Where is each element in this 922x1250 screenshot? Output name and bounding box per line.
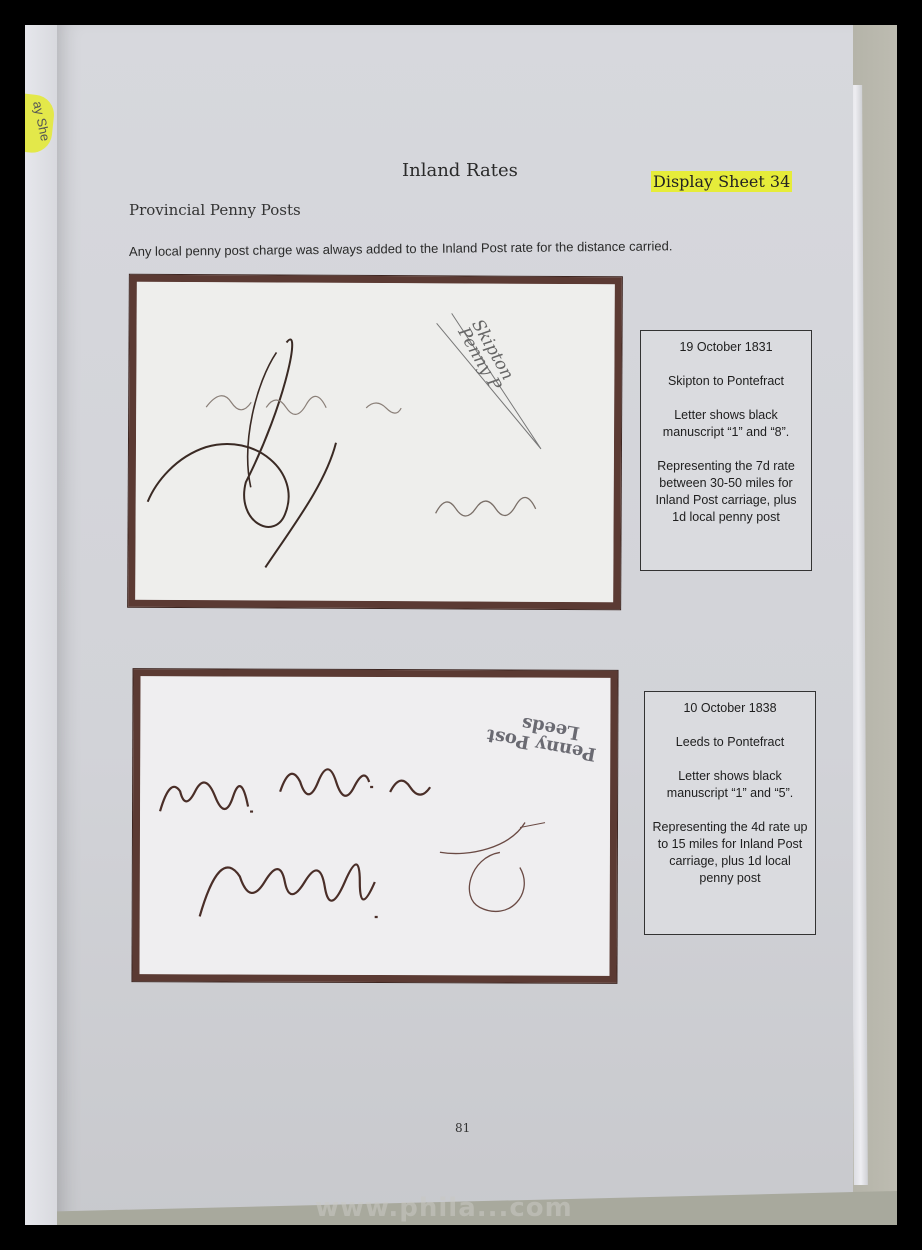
note-date: 19 October 1831 bbox=[647, 339, 805, 356]
left-page-tab-text: ay She bbox=[30, 100, 53, 143]
intro-text: Any local penny post charge was always a… bbox=[129, 238, 673, 259]
page-title: Inland Rates bbox=[402, 160, 518, 181]
note-explanation: Representing the 7d rate between 30-50 m… bbox=[647, 458, 805, 526]
book-photo: ay She Inland Rates Display Sheet 34 Pro… bbox=[25, 25, 897, 1225]
note-route: Skipton to Pontefract bbox=[647, 373, 805, 390]
page-number: 81 bbox=[455, 1121, 470, 1135]
note-date: 10 October 1838 bbox=[651, 700, 809, 717]
left-page-edge: ay She bbox=[25, 25, 57, 1225]
left-page-highlight-tab: ay She bbox=[25, 93, 56, 154]
description-box-1838: 10 October 1838 Leeds to Pontefract Lett… bbox=[644, 691, 816, 935]
description-box-1831: 19 October 1831 Skipton to Pontefract Le… bbox=[640, 330, 812, 571]
note-description: Letter shows black manuscript “1” and “8… bbox=[647, 407, 805, 441]
note-description: Letter shows black manuscript “1” and “5… bbox=[651, 768, 809, 802]
display-sheet-label: Display Sheet 34 bbox=[651, 171, 792, 192]
postal-cover-leeds: Leeds Penny Post bbox=[132, 669, 617, 983]
postal-cover-skipton: Skipton Penny P bbox=[128, 275, 622, 610]
watermark: www.phila...com bbox=[315, 1193, 573, 1223]
note-explanation: Representing the 4d rate up to 15 miles … bbox=[651, 819, 809, 887]
cover-image-leeds: Leeds Penny Post bbox=[139, 676, 610, 976]
section-subtitle: Provincial Penny Posts bbox=[129, 201, 301, 219]
book-page: Inland Rates Display Sheet 34 Provincial… bbox=[57, 25, 853, 1225]
note-route: Leeds to Pontefract bbox=[651, 734, 809, 751]
cover-image-skipton: Skipton Penny P bbox=[135, 282, 615, 602]
